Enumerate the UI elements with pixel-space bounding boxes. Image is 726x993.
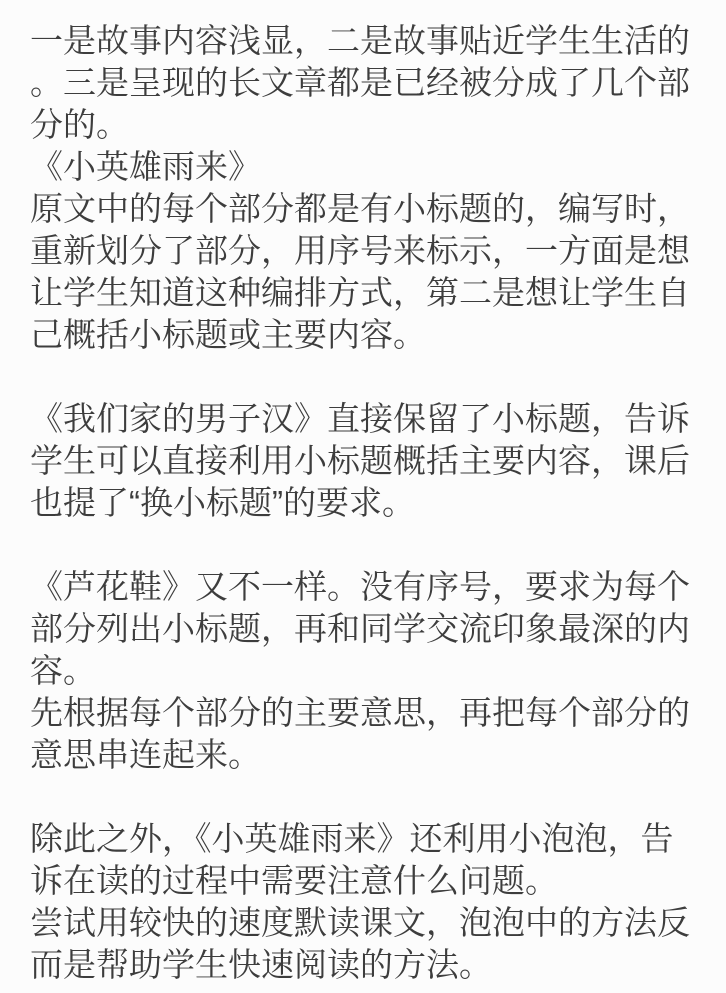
paragraph-women-jia-de-nanzihan: 《我们家的男子汉》直接保留了小标题，告诉 学生可以直接利用小标题概括主要内容，课…	[30, 398, 696, 524]
paragraph-title-xiaoyingxiong-yulai: 《小英雄雨来》	[30, 146, 696, 188]
paragraph-luhuaxie: 《芦花鞋》又不一样。没有序号，要求为每个 部分列出小标题，再和同学交流印象最深的…	[30, 566, 696, 692]
paragraph-yulai-subtitle-notes: 原文中的每个部分都是有小标题的，编写时， 重新划分了部分，用序号来标示，一方面是…	[30, 188, 696, 356]
article-body: 一是故事内容浅显，二是故事贴近学生生活的 。三是呈现的长文章都是已经被分成了几个…	[0, 0, 726, 993]
paragraph-summary-method: 先根据每个部分的主要意思，再把每个部分的 意思串连起来。	[30, 692, 696, 776]
paragraph-intro-reasons: 一是故事内容浅显，二是故事贴近学生生活的 。三是呈现的长文章都是已经被分成了几个…	[30, 20, 696, 146]
paragraph-xiaopaopao-notes: 除此之外，《小英雄雨来》还利用小泡泡，告 诉在读的过程中需要注意什么问题。	[30, 818, 696, 902]
paragraph-fast-reading-method: 尝试用较快的速度默读课文，泡泡中的方法反 而是帮助学生快速阅读的方法。	[30, 902, 696, 986]
